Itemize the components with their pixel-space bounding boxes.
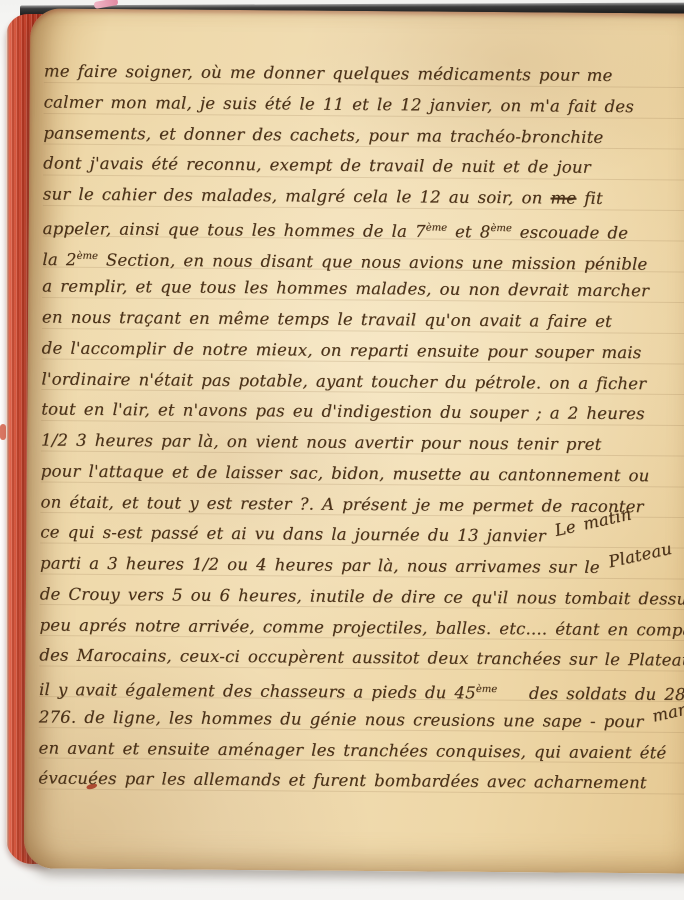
handwriting-line: l'ordinaire n'était pas potable, ayant t…	[41, 364, 684, 400]
handwriting-segment: pansements, et donner des cachets, pour …	[43, 123, 603, 146]
handwriting-line: il y avait également des chasseurs a pie…	[39, 671, 684, 707]
handwriting-line: a remplir, et que tous les hommes malade…	[42, 272, 684, 308]
handwriting-segment: me faire soigner, où me donner quelques …	[44, 61, 613, 84]
handwriting-line: parti a 3 heures 1/2 ou 4 heures par là,…	[40, 548, 684, 584]
handwriting-line: de l'accomplir de notre mieux, on repart…	[42, 333, 684, 369]
handwriting-line: dont j'avais été reconnu, exempt de trav…	[43, 149, 684, 185]
handwriting-segment: fit	[576, 189, 603, 208]
handwriting-line: me faire soigner, où me donner quelques …	[44, 56, 684, 92]
handwriting-segment: en avant et ensuite aménager les tranché…	[39, 738, 667, 762]
handwriting-segment: ème	[476, 684, 497, 695]
handwriting-line: appeler, ainsi que tous les hommes de la…	[43, 210, 684, 246]
handwriting-line: pansements, et donner des cachets, pour …	[43, 118, 684, 154]
handwriting-segment: l'ordinaire n'était pas potable, ayant t…	[41, 369, 646, 393]
red-edge-smudge	[0, 424, 6, 440]
handwriting-line: en avant et ensuite aménager les tranché…	[38, 733, 684, 769]
handwriting-segment: calmer mon mal, je suis été le 11 et le …	[44, 92, 634, 116]
handwriting-line: pour l'attaque et de laisser sac, bidon,…	[41, 456, 684, 492]
handwriting-segment: et 8	[447, 222, 491, 241]
handwriting-segment: de l'accomplir de notre mieux, on repart…	[42, 338, 642, 362]
handwriting-segment: 276. de ligne, les hommes du génie nous …	[39, 707, 652, 731]
handwriting-line: sur le cahier des malades, malgré cela l…	[43, 179, 684, 215]
handwriting-line: calmer mon mal, je suis été le 11 et le …	[44, 87, 684, 123]
handwriting-line: 1/2 3 heures par là, on vient nous avert…	[41, 425, 684, 461]
handwriting-line: évacuées par les allemands et furent bom…	[38, 764, 684, 800]
handwriting-segment: appeler, ainsi que tous les hommes de la…	[43, 219, 426, 241]
handwriting-segment: dont j'avais été reconnu, exempt de trav…	[43, 154, 591, 177]
handwriting-segment: sur le cahier des malades, malgré cela l…	[43, 184, 551, 207]
handwriting-segment: 1/2 3 heures par là, on vient nous avert…	[41, 430, 602, 453]
handwriting-segment: on était, et tout y est rester ?. A prés…	[40, 492, 643, 516]
handwriting-line: en nous traçant en même temps le travail…	[42, 302, 684, 338]
handwriting-lines: me faire soigner, où me donner quelques …	[38, 56, 684, 821]
handwriting-line: peu aprés notre arrivée, comme projectil…	[39, 610, 684, 646]
handwriting-segment: a remplir, et que tous les hommes malade…	[42, 277, 649, 301]
handwriting-segment: Section, en nous disant que nous avions …	[98, 250, 648, 273]
handwriting-segment: ème	[77, 250, 98, 261]
handwriting-segment: tout en l'air, et n'avons pas eu d'indig…	[41, 400, 645, 424]
handwriting-segment: ce qui s-est passé et ai vu dans la jour…	[40, 523, 554, 546]
handwriting-segment: ème	[490, 223, 511, 234]
handwriting-segment: il y avait également des chasseurs a pie…	[39, 680, 476, 702]
handwriting-segment: évacuées par les allemands et furent bom…	[38, 769, 646, 793]
handwriting-segment: ème	[426, 222, 447, 233]
handwriting-segment: la 2	[42, 249, 76, 268]
handwriting-segment: pour l'attaque et de laisser sac, bidon,…	[41, 461, 650, 485]
handwriting-line: la 2ème Section, en nous disant que nous…	[42, 241, 684, 277]
scanned-diary-view: { "page": { "ink_color": "#4a3118", "pap…	[0, 0, 684, 900]
handwriting-line: de Crouy vers 5 ou 6 heures, inutile de …	[40, 579, 684, 615]
struck-word: me	[550, 188, 576, 207]
handwriting-segment: peu aprés notre arrivée, comme projectil…	[39, 615, 684, 639]
handwriting-line: des Marocains, ceux-ci occupèrent aussit…	[39, 641, 684, 677]
notebook-page: me faire soigner, où me donner quelques …	[24, 8, 684, 873]
handwriting-line: 276. de ligne, les hommes du génie nous …	[39, 702, 684, 738]
handwriting-segment: escouade de	[512, 222, 629, 242]
handwriting-segment: des Marocains, ceux-ci occupèrent aussit…	[39, 646, 684, 670]
handwriting-segment: de Crouy vers 5 ou 6 heures, inutile de …	[40, 584, 684, 608]
handwriting-line: tout en l'air, et n'avons pas eu d'indig…	[41, 395, 684, 431]
handwriting-line: ce qui s-est passé et ai vu dans la jour…	[40, 518, 684, 554]
handwriting-segment: parti a 3 heures 1/2 ou 4 heures par là,…	[40, 553, 608, 576]
handwriting-segment: en nous traçant en même temps le travail…	[42, 307, 612, 330]
